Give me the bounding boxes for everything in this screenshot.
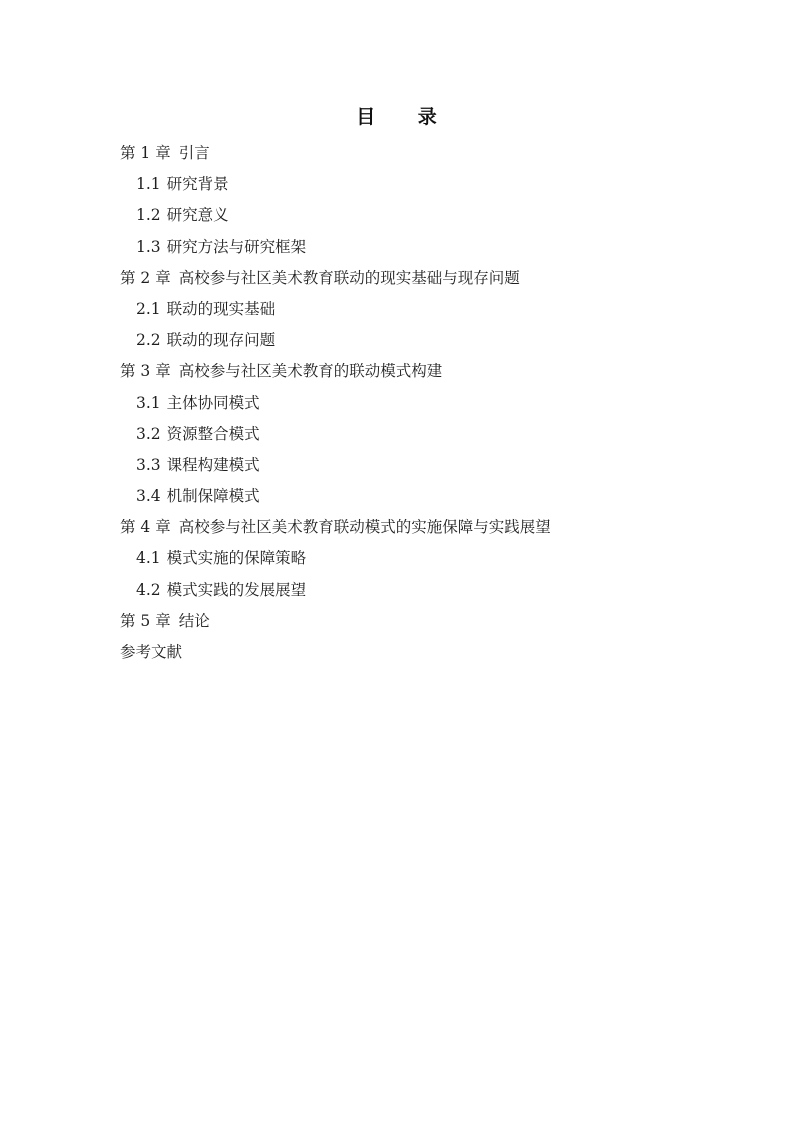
chapter-number: 第 1 章 (120, 144, 171, 162)
toc-section-3-4: 3.4机制保障模式 (0, 484, 793, 515)
chapter-title: 高校参与社区美术教育的联动模式构建 (179, 362, 443, 380)
chapter-title: 结论 (179, 612, 210, 630)
section-number: 3.1 (136, 394, 161, 412)
section-title: 资源整合模式 (167, 425, 260, 443)
chapter-number: 第 5 章 (120, 612, 171, 630)
toc-section-2-2: 2.2联动的现存问题 (0, 328, 793, 359)
chapter-number: 第 3 章 (120, 362, 171, 380)
section-title: 模式实施的保障策略 (167, 549, 307, 567)
section-title: 课程构建模式 (167, 456, 260, 474)
toc-section-2-1: 2.1联动的现实基础 (0, 297, 793, 328)
toc-chapter-4: 第 4 章高校参与社区美术教育联动模式的实施保障与实践展望 (0, 515, 793, 546)
section-title: 联动的现实基础 (167, 300, 276, 318)
section-title: 研究意义 (167, 206, 229, 224)
document-page: 目 录 第 1 章引言 1.1研究背景 1.2研究意义 1.3研究方法与研究框架… (0, 0, 793, 1122)
section-number: 1.1 (136, 175, 161, 193)
section-number: 2.2 (136, 331, 161, 349)
references-title: 参考文献 (120, 643, 182, 661)
chapter-title: 高校参与社区美术教育联动的现实基础与现存问题 (179, 269, 520, 287)
section-title: 机制保障模式 (167, 487, 260, 505)
section-number: 3.3 (136, 456, 161, 474)
chapter-number: 第 4 章 (120, 518, 171, 536)
section-title: 研究背景 (167, 175, 229, 193)
toc-chapter-1: 第 1 章引言 (0, 141, 793, 172)
toc-section-4-1: 4.1模式实施的保障策略 (0, 546, 793, 577)
toc-section-1-2: 1.2研究意义 (0, 203, 793, 234)
section-number: 3.2 (136, 425, 161, 443)
section-number: 4.2 (136, 581, 161, 599)
section-title: 主体协同模式 (167, 394, 260, 412)
chapter-number: 第 2 章 (120, 269, 171, 287)
toc-section-1-1: 1.1研究背景 (0, 172, 793, 203)
section-number: 3.4 (136, 487, 161, 505)
toc-title: 目 录 (0, 104, 793, 130)
chapter-title: 引言 (179, 144, 210, 162)
section-number: 4.1 (136, 549, 161, 567)
toc-chapter-3: 第 3 章高校参与社区美术教育的联动模式构建 (0, 359, 793, 390)
section-title: 研究方法与研究框架 (167, 238, 307, 256)
toc-section-1-3: 1.3研究方法与研究框架 (0, 235, 793, 266)
section-title: 联动的现存问题 (167, 331, 276, 349)
toc-section-3-2: 3.2资源整合模式 (0, 422, 793, 453)
section-number: 2.1 (136, 300, 161, 318)
section-number: 1.2 (136, 206, 161, 224)
section-title: 模式实践的发展展望 (167, 581, 307, 599)
toc-section-3-3: 3.3课程构建模式 (0, 453, 793, 484)
toc-section-4-2: 4.2模式实践的发展展望 (0, 578, 793, 609)
toc-section-3-1: 3.1主体协同模式 (0, 391, 793, 422)
toc-references: 参考文献 (0, 640, 793, 671)
table-of-contents: 第 1 章引言 1.1研究背景 1.2研究意义 1.3研究方法与研究框架 第 2… (0, 141, 793, 671)
section-number: 1.3 (136, 238, 161, 256)
toc-chapter-2: 第 2 章高校参与社区美术教育联动的现实基础与现存问题 (0, 266, 793, 297)
toc-chapter-5: 第 5 章结论 (0, 609, 793, 640)
chapter-title: 高校参与社区美术教育联动模式的实施保障与实践展望 (179, 518, 551, 536)
